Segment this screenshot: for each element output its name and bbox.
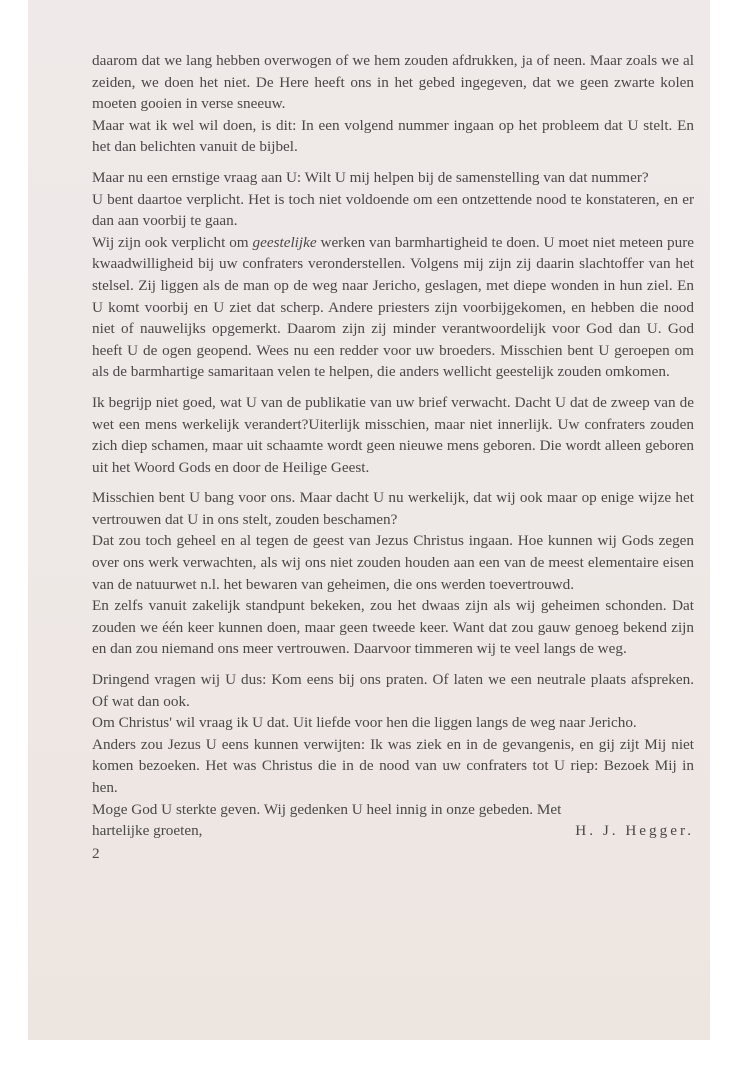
paragraph: daarom dat we lang hebben overwogen of w… — [92, 50, 694, 115]
paragraph: Maar wat ik wel wil doen, is dit: In een… — [92, 115, 694, 158]
paragraph: Om Christus' wil vraag ik U dat. Uit lie… — [92, 712, 694, 734]
signature: H. J. Hegger. — [575, 820, 694, 842]
text-run: werken van barmhartigheid te doen. U moe… — [92, 234, 694, 381]
paragraph: Moge God U sterkte geven. Wij gedenken U… — [92, 799, 694, 821]
text-run: Wij zijn ook verplicht om — [92, 234, 253, 251]
emphasized-text: geestelijke — [253, 234, 317, 251]
closing-line: hartelijke groeten, H. J. Hegger. — [92, 820, 694, 842]
paragraph: Wij zijn ook verplicht om geestelijke we… — [92, 232, 694, 383]
paragraph: U bent daartoe verplicht. Het is toch ni… — [92, 189, 694, 232]
closing: hartelijke groeten, — [92, 820, 202, 842]
paragraph: Misschien bent U bang voor ons. Maar dac… — [92, 487, 694, 530]
paragraph: Ik begrijp niet goed, wat U van de publi… — [92, 392, 694, 478]
page-number: 2 — [92, 843, 694, 865]
paragraph: Dringend vragen wij U dus: Kom eens bij … — [92, 669, 694, 712]
paragraph: Dat zou toch geheel en al tegen de geest… — [92, 530, 694, 595]
letter-body: daarom dat we lang hebben overwogen of w… — [92, 50, 694, 864]
paragraph: Maar nu een ernstige vraag aan U: Wilt U… — [92, 167, 694, 189]
paragraph: Anders zou Jezus U eens kunnen verwijten… — [92, 734, 694, 799]
paragraph: En zelfs vanuit zakelijk standpunt bekek… — [92, 595, 694, 660]
